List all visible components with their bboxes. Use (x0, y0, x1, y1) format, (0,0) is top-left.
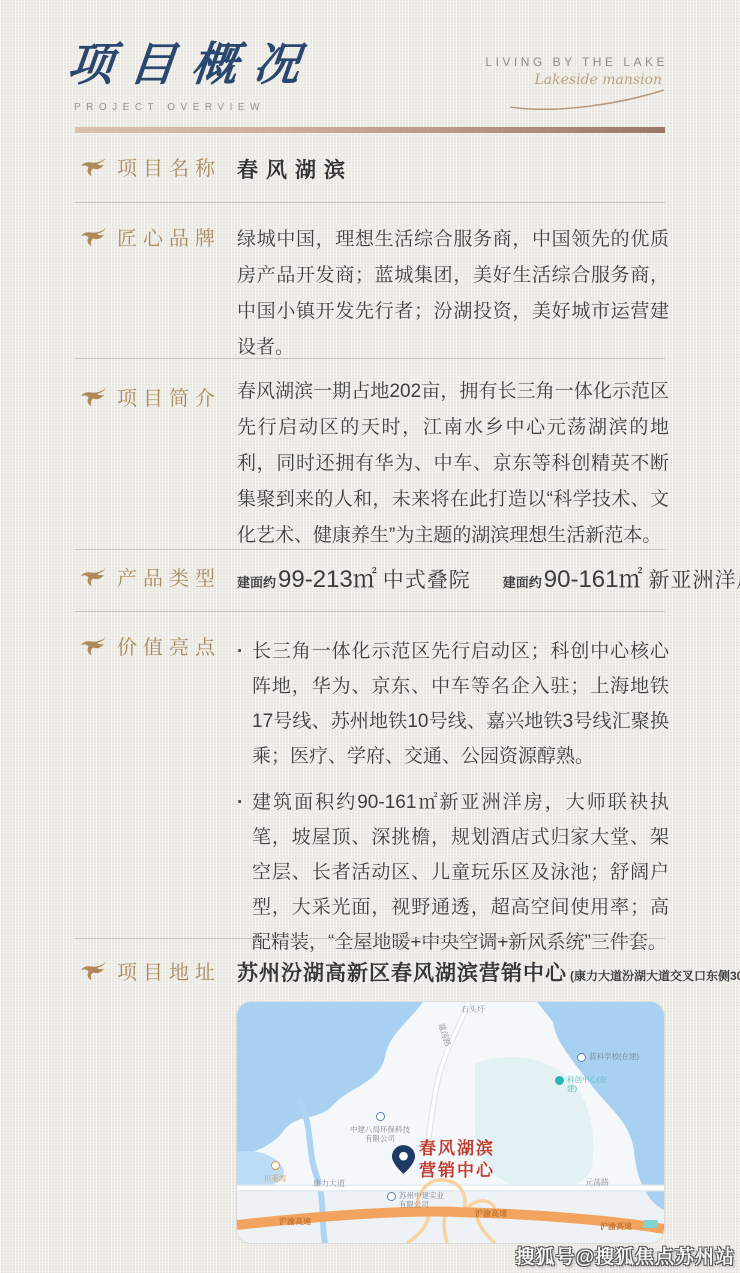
map-location-pin-icon (392, 1145, 415, 1174)
swallow-icon (80, 636, 108, 656)
poi-icon (555, 1076, 564, 1085)
swallow-icon (80, 157, 108, 177)
section-label-text: 产品类型 (117, 562, 221, 591)
section-label-products: 产品类型 (80, 562, 221, 591)
map-poi-teal: 科创中心(在建) (555, 1076, 611, 1093)
product-name: 新亚洲洋房 (649, 563, 740, 599)
tagline-text: LIVING BY THE LAKE (485, 55, 668, 69)
section-divider (75, 549, 665, 550)
section-label-text: 匠心品牌 (117, 222, 221, 251)
poi-icon (387, 1192, 396, 1201)
section-divider (75, 358, 665, 359)
section-label-address: 项目地址 (80, 956, 221, 985)
poi-label: 蓝科学校(在建) (589, 1053, 639, 1062)
section-label-text: 项目名称 (117, 152, 221, 181)
poi-icon (577, 1053, 586, 1062)
section-label-project-name: 项目名称 (80, 152, 221, 181)
section-divider (75, 938, 665, 939)
section-divider (75, 611, 665, 612)
map-marker-title: 春风湖滨 营销中心 (419, 1138, 495, 1182)
page-subtitle: PROJECT OVERVIEW (74, 102, 265, 113)
header-tagline-block: LIVING BY THE LAKE Lakeside mansion (485, 55, 668, 88)
product-type-row: 建面约 99-213㎡ 中式叠院 建面约 90-161㎡ 新亚洲洋房 (237, 562, 669, 601)
swallow-icon (80, 961, 108, 981)
poi-label: 川美湾 (255, 1175, 295, 1184)
poi-icon (271, 1161, 280, 1170)
map-highway-label: 沪渝高速 (600, 1221, 632, 1232)
map-highway-label: 沪渝高速 (475, 1208, 507, 1219)
highlight-bullet: 建筑面积约90-161㎡新亚洲洋房，大师联袂执笔，坡屋顶、深挑檐，规划酒店式归家… (237, 785, 669, 960)
section-label-highlights: 价值亮点 (80, 631, 221, 660)
marker-title-line1: 春风湖滨 (419, 1138, 495, 1160)
marker-title-line2: 营销中心 (419, 1160, 495, 1182)
intro-paragraph: 春风湖滨一期占地202亩，拥有长三角一体化示范区先行启动区的天时，江南水乡中心元… (237, 374, 669, 554)
address-value: 苏州汾湖高新区春风湖滨营销中心 (237, 956, 567, 992)
poi-label: 苏州中建实业有限公司 (399, 1192, 447, 1209)
section-label-text: 项目简介 (117, 382, 221, 411)
area-range: 90-161㎡ (544, 562, 643, 598)
product-type-item: 建面约 90-161㎡ 新亚洲洋房 (503, 562, 740, 601)
map-poi-company2: 苏州中建实业有限公司 (387, 1192, 447, 1209)
project-name-value: 春风湖滨 (237, 159, 353, 182)
address-note: (康力大道汾湖大道交叉口东侧300米) (570, 958, 740, 994)
watermark: 搜狐号@搜狐焦点苏州站 (515, 1242, 735, 1269)
page-title: 项目概况 (65, 28, 320, 94)
map-road-yuandang-label: 元荡路 (585, 1178, 609, 1187)
section-label-text: 项目地址 (117, 956, 221, 985)
tagline-script: Lakeside mansion (485, 72, 662, 88)
map-highway-label: 沪渝高速 (279, 1216, 311, 1227)
map-poi-bay: 川美湾 (255, 1157, 295, 1184)
map-road-kangli-label: 康力大道 (313, 1179, 345, 1188)
location-map: 石头圩 鼋荡路 蓝科学校(在建) 科创中心(在建) 中建八局环保科技有限公司 川… (237, 1002, 664, 1243)
section-label-intro: 项目简介 (80, 382, 221, 411)
swoosh-line (508, 88, 668, 110)
poi-icon (376, 1112, 385, 1121)
address-line: 苏州汾湖高新区春风湖滨营销中心 (康力大道汾湖大道交叉口东侧300米) (237, 956, 669, 994)
section-label-brand: 匠心品牌 (80, 222, 221, 251)
poi-label: 中建八局环保科技有限公司 (349, 1126, 411, 1143)
swallow-icon (80, 387, 108, 407)
gradient-divider-bar (75, 127, 665, 133)
map-poi-company1: 中建八局环保科技有限公司 (349, 1108, 411, 1143)
section-label-text: 价值亮点 (117, 631, 221, 660)
map-poi-school: 蓝科学校(在建) (577, 1053, 639, 1062)
product-name: 中式叠院 (383, 563, 471, 599)
area-prefix: 建面约 (237, 565, 276, 601)
poster-page: 项目概况 PROJECT OVERVIEW LIVING BY THE LAKE… (0, 0, 740, 1273)
section-divider (75, 202, 665, 203)
product-type-item: 建面约 99-213㎡ 中式叠院 (237, 562, 471, 601)
area-prefix: 建面约 (503, 565, 542, 601)
swallow-icon (80, 227, 108, 247)
swallow-icon (80, 567, 108, 587)
poi-label: 科创中心(在建) (567, 1076, 611, 1093)
map-village-label: 石头圩 (461, 1005, 485, 1014)
brand-paragraph: 绿城中国，理想生活综合服务商，中国领先的优质房产品开发商；蓝城集团，美好生活综合… (237, 222, 669, 366)
area-range: 99-213㎡ (278, 562, 377, 598)
highlight-bullet: 长三角一体化示范区先行启动区；科创中心核心阵地，华为、京东、中车等名企入驻；上海… (237, 634, 669, 774)
